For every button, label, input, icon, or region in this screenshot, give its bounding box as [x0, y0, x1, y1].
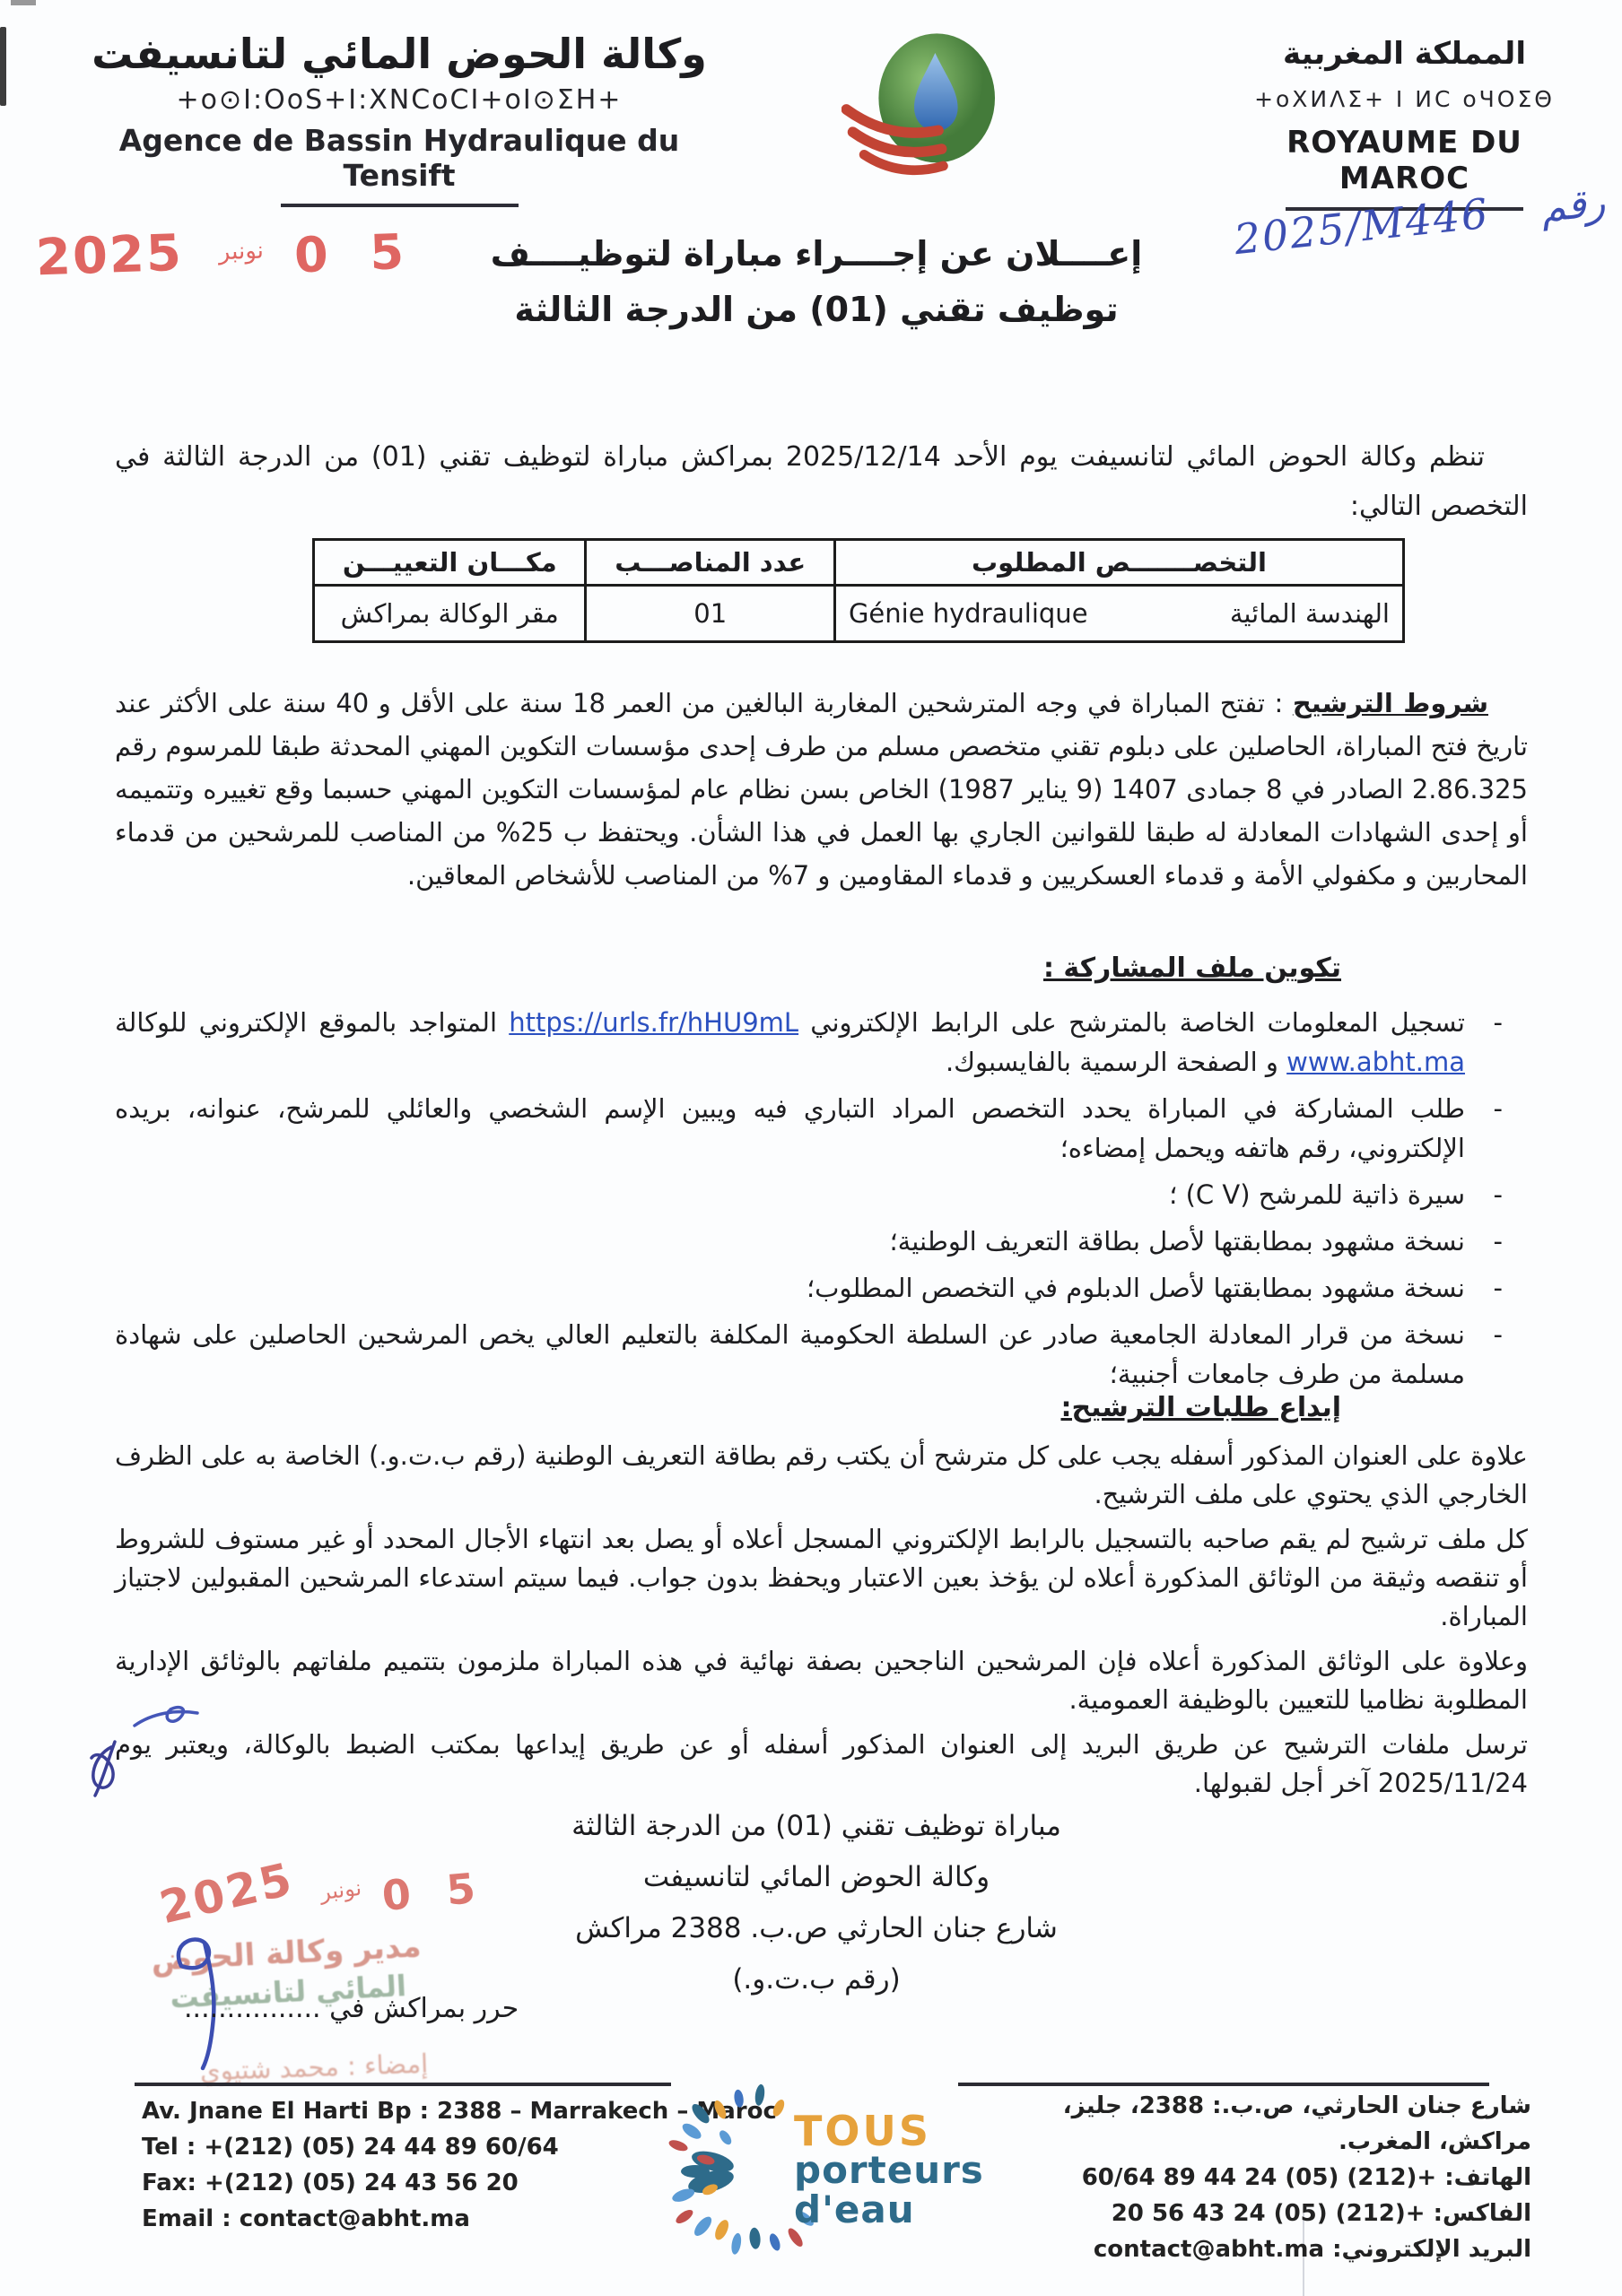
pen-paraph-mark	[83, 1740, 127, 1803]
stamp-month: نونبر	[218, 238, 264, 266]
list-item: نسخة من قرار المعادلة الجامعية صادر عن ا…	[115, 1315, 1528, 1394]
deposit-paragraph-2: كل ملف ترشيح لم يقم صاحبه بالتسجيل بالرا…	[115, 1520, 1528, 1636]
agency-header-block: وكالة الحوض المائي لتانسيفت +o⊙I:OoS+I:X…	[76, 27, 722, 207]
item-text: تسجيل المعلومات الخاصة بالمترشح على الرا…	[798, 1007, 1465, 1038]
drawn-up-line: حرر بمراكش في ................	[184, 1993, 597, 2024]
drawn-up-dots: ................	[184, 1993, 321, 2024]
table-header-row: التخصـــــــص المطلوب عدد المناصـــب مكـ…	[314, 540, 1404, 586]
specialty-table: التخصـــــــص المطلوب عدد المناصـــب مكـ…	[312, 538, 1405, 643]
column-header-location: مكـــان التعييـــن	[314, 540, 586, 586]
conditions-paragraph: شروط الترشيح : تفتح المباراة في وجه المت…	[115, 682, 1528, 897]
mailing-line-2: وكالة الحوض المائي لتانسيفت	[422, 1852, 1211, 1903]
mailing-line-1: مباراة توظيف تقني (01) من الدرجة الثالثة	[422, 1801, 1211, 1852]
cell-positions-count: 01	[586, 586, 834, 642]
stamp-month: نونبر	[318, 1875, 362, 1905]
footer-address-ar: شارع جنان الحارثي، ص.ب.: 2388، جليز، مرا…	[982, 2088, 1531, 2160]
conditions-separator: :	[1265, 688, 1293, 718]
deposit-section-heading-wrap: إيداع طلبات الترشيح:	[115, 1392, 1528, 1423]
logo-word-deau: d'eau	[794, 2190, 984, 2230]
intro-section: تنظم وكالة الحوض المائي لتانسيفت يوم الأ…	[115, 432, 1528, 531]
list-item: سيرة ذاتية للمرشح (C V) ؛	[115, 1175, 1528, 1214]
footer-fax-ar: الفاكس: +(212) (05) 24 43 56 20	[982, 2196, 1531, 2231]
header-divider	[281, 204, 519, 207]
kingdom-name-tifinagh: +oXИΛΣ+ I ИC oЧOΣΘ	[1227, 86, 1582, 112]
deposit-section: علاوة على العنوان المذكور أسفله يجب على …	[115, 1437, 1528, 1809]
list-item: نسخة مشهود بمطابقتها لأصل الدبلوم في الت…	[115, 1268, 1528, 1308]
mailing-address-block: مباراة توظيف تقني (01) من الدرجة الثالثة…	[422, 1801, 1211, 2005]
deposit-paragraph-4: ترسل ملفات الترشيح عن طريق البريد إلى ال…	[115, 1726, 1528, 1803]
drawn-up-text: حرر بمراكش في	[321, 1993, 519, 2024]
date-stamp-top: 2025 نونبر 0 5	[35, 216, 417, 293]
specialty-french: Génie hydraulique	[849, 598, 1088, 629]
column-header-positions: عدد المناصـــب	[586, 540, 834, 586]
dossier-heading: تكوين ملف المشاركة :	[1043, 952, 1341, 984]
footer-divider	[135, 2083, 671, 2086]
water-drop-globe-icon	[842, 29, 1003, 190]
scan-edge-artifact	[0, 27, 6, 106]
scanned-announcement-page: وكالة الحوض المائي لتانسيفت +o⊙I:OoS+I:X…	[0, 0, 1622, 2296]
dossier-section-heading-wrap: تكوين ملف المشاركة :	[115, 952, 1528, 984]
list-item: تسجيل المعلومات الخاصة بالمترشح على الرا…	[115, 1003, 1528, 1082]
table-row: Génie hydraulique الهندسة المائية 01 مقر…	[314, 586, 1404, 642]
deposit-paragraph-1: علاوة على العنوان المذكور أسفله يجب على …	[115, 1437, 1528, 1514]
conditions-section: شروط الترشيح : تفتح المباراة في وجه المت…	[115, 682, 1528, 897]
page-title: إعــــلان عن إجــــراء مباراة لتوظيــــف…	[422, 226, 1211, 337]
agency-basin-logo	[842, 29, 1003, 190]
deposit-heading: إيداع طلبات الترشيح:	[1060, 1392, 1341, 1423]
registration-link[interactable]: https://urls.fr/hHU9mL	[509, 1007, 798, 1038]
scan-edge-artifact	[11, 0, 36, 5]
footer-email-ar: البريد الإلكتروني: contact@abht.ma	[982, 2231, 1531, 2267]
list-item: طلب المشاركة في المباراة يحدد التخصص الم…	[115, 1089, 1528, 1168]
title-line-1: إعــــلان عن إجــــراء مباراة لتوظيــــف	[422, 226, 1211, 282]
list-item: نسخة مشهود بمطابقتها لأصل بطاقة التعريف …	[115, 1222, 1528, 1261]
intro-paragraph: تنظم وكالة الحوض المائي لتانسيفت يوم الأ…	[115, 432, 1528, 531]
kingdom-name-arabic: المملكة المغربية	[1227, 36, 1582, 72]
mailing-line-3: شارع جنان الحارثي ص.ب. 2388 مراكش	[422, 1903, 1211, 1954]
column-header-specialty: التخصـــــــص المطلوب	[834, 540, 1403, 586]
logo-word-tous: TOUS	[794, 2111, 984, 2151]
agency-name-tifinagh: +o⊙I:OoS+I:XNCoCI+oI⊙ΣH+	[76, 84, 722, 116]
stamp-day: 0 5	[380, 1863, 488, 1920]
agency-name-french: Agence de Bassin Hydraulique du Tensift	[76, 123, 722, 193]
cell-location: مقر الوكالة بمراكش	[314, 586, 586, 642]
stamp-day: 0 5	[293, 223, 417, 284]
item-text: و الصفحة الرسمية بالفايسبوك.	[946, 1047, 1286, 1077]
footer-contact-arabic: شارع جنان الحارثي، ص.ب.: 2388، جليز، مرا…	[982, 2088, 1531, 2267]
cell-specialty: Génie hydraulique الهندسة المائية	[834, 586, 1403, 642]
specialty-table-section: التخصـــــــص المطلوب عدد المناصـــب مكـ…	[312, 538, 1405, 643]
logo-word-porteurs: porteurs	[794, 2151, 984, 2190]
stamp-year: 2025	[35, 224, 184, 288]
deposit-paragraph-3: وعلاوة على الوثائق المذكورة أعلاه فإن ال…	[115, 1642, 1528, 1719]
conditions-heading: شروط الترشيح	[1293, 688, 1488, 718]
specialty-arabic: الهندسة المائية	[1230, 598, 1390, 629]
agency-name-arabic: وكالة الحوض المائي لتانسيفت	[76, 27, 722, 81]
ref-label: رقم	[1539, 179, 1608, 231]
pen-paraph-mark	[133, 1702, 203, 1736]
title-line-2: توظيف تقني (01) من الدرجة الثالثة	[422, 282, 1211, 337]
item-text: المتواجد بالموقع الإلكتروني للوكالة	[115, 1007, 509, 1038]
footer-tel-ar: الهاتف: +(212) (05) 24 44 89 60/64	[982, 2160, 1531, 2196]
dossier-list: تسجيل المعلومات الخاصة بالمترشح على الرا…	[115, 1003, 1528, 1401]
agency-website-link[interactable]: www.abht.ma	[1286, 1047, 1465, 1077]
stamp-year: 2025	[155, 1853, 299, 1935]
